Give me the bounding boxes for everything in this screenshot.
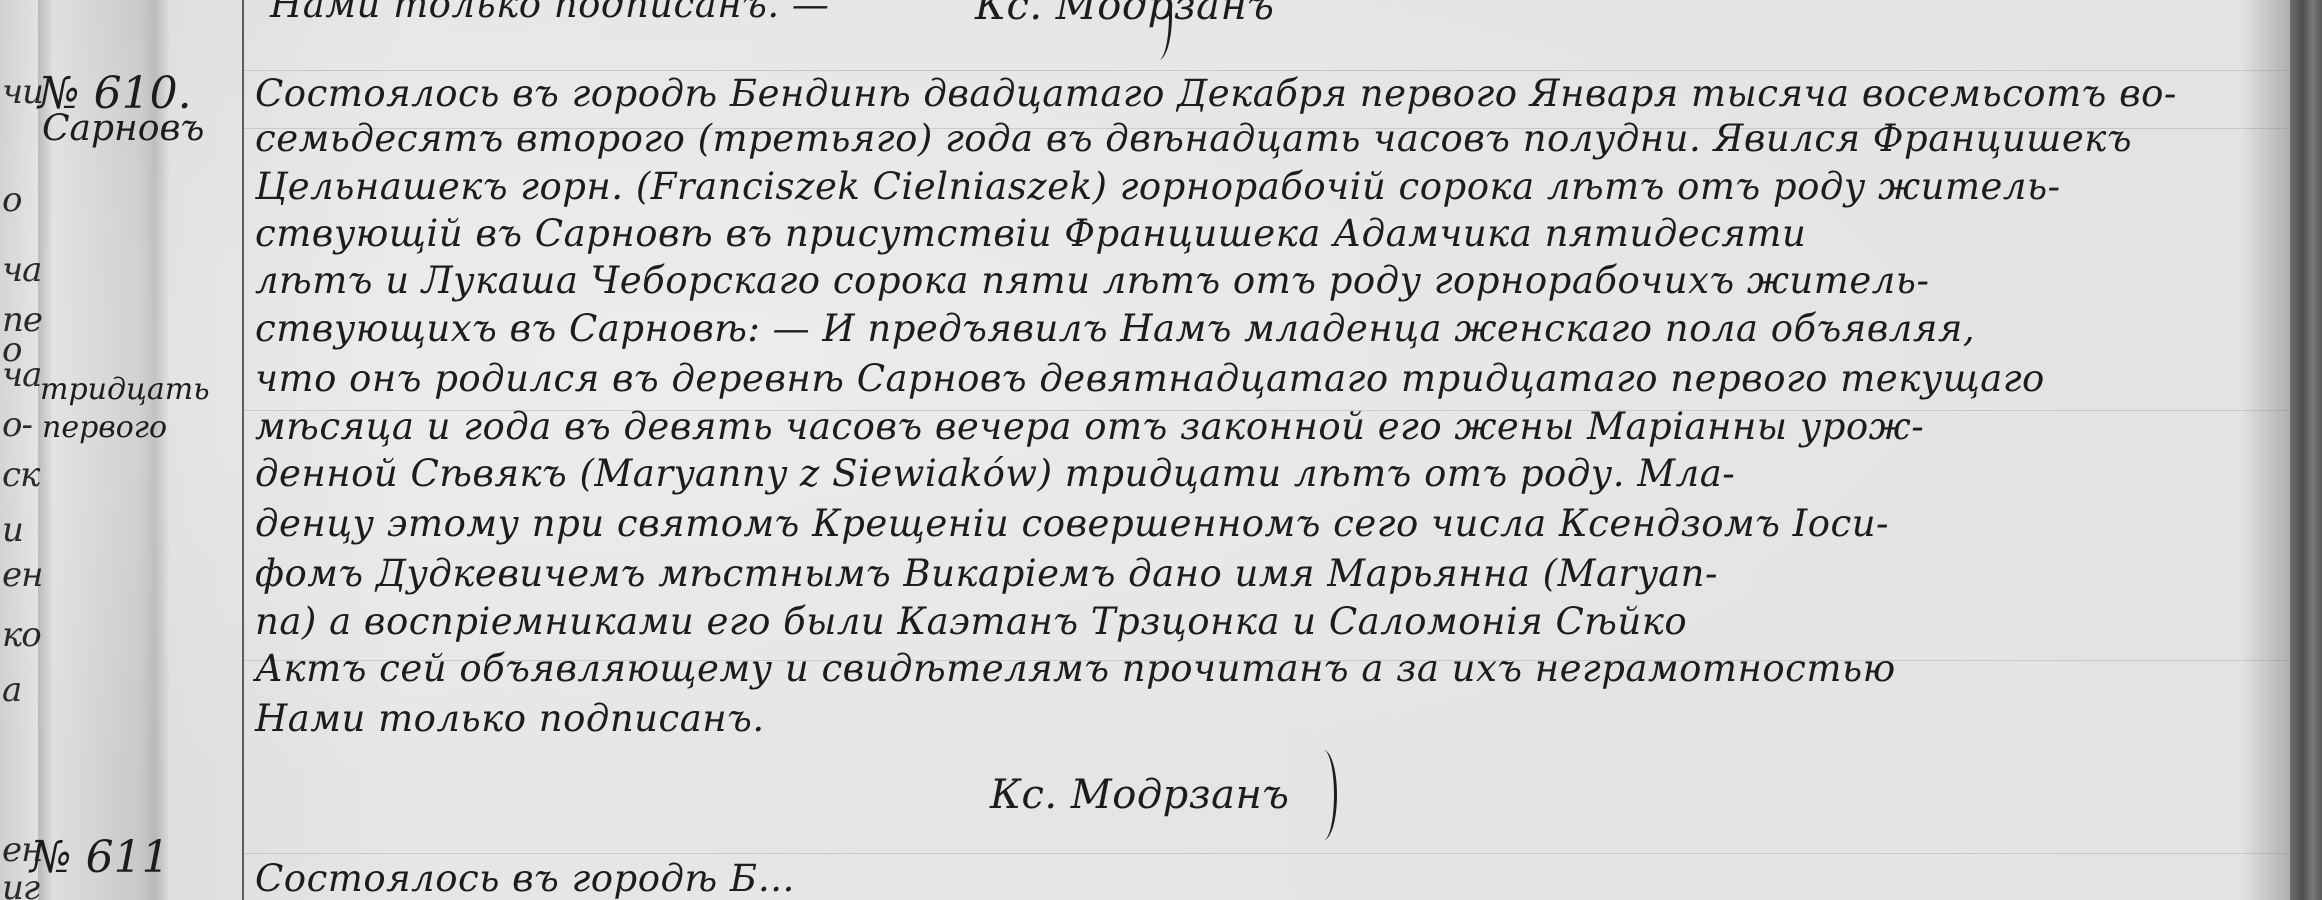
prev-page-fragment: ск xyxy=(2,455,42,495)
prev-page-fragment: о xyxy=(2,180,42,220)
entry-body-line: денной Сѣвякъ (Maryanny z Siewiaków) три… xyxy=(255,455,1735,492)
entry-body-line: фомъ Дудкевичемъ мѣстнымъ Викаріемъ дано… xyxy=(255,555,1718,592)
ruling-line xyxy=(244,70,2290,71)
ruling-line xyxy=(244,853,2290,854)
entry-body-line: ствующій въ Сарновѣ въ присутствіи Франц… xyxy=(255,215,1806,252)
entry-body-line: семьдесятъ второго (третьяго) года въ дв… xyxy=(255,120,2132,157)
prev-page-fragment: ко xyxy=(2,615,42,655)
prev-page-fragment: ча xyxy=(2,355,42,395)
previous-entry-tail-line: Нами только подписанъ. — xyxy=(270,0,829,23)
entry-body-line: ствующихъ въ Сарновѣ: — И предъявилъ Нам… xyxy=(255,310,1975,347)
margin-column-rule xyxy=(242,0,244,900)
entry-body-line: мѣсяца и года въ девять часовъ вечера от… xyxy=(255,408,1924,445)
entry-signature: Кс. Модрзанъ xyxy=(990,775,1289,815)
entry-place-label: Сарновъ xyxy=(42,108,204,149)
entry-body-line: Нами только подписанъ. xyxy=(255,700,765,737)
entry-number-611: № 611 xyxy=(30,832,170,883)
entry-body-line: na) а воспріемниками его были Каэтанъ Тр… xyxy=(255,603,1687,640)
entry-body-line: Состоялось въ городѣ Бендинѣ двадцатаго … xyxy=(255,75,2177,112)
prev-page-fragment: ча xyxy=(2,250,42,290)
entry-body-line: что онъ родился въ деревнѣ Сарновъ девят… xyxy=(255,360,2045,397)
prev-page-fragment: и xyxy=(2,510,42,550)
ledger-page: чи о ча пе о ча о- ск и ен ко а ен иг На… xyxy=(0,0,2322,900)
signature-flourish-icon xyxy=(1145,0,1172,60)
entry-body-line: лѣтъ и Лукаша Чеборскаго сорока пяти лѣт… xyxy=(255,262,1929,299)
margin-annotation-line: тридцать xyxy=(40,372,210,407)
prev-page-fragment: чи xyxy=(2,72,42,112)
entry-body-line: Цельнашекъ горн. (Franciszek Cielniaszek… xyxy=(255,168,2061,205)
margin-annotation-line: первого xyxy=(42,410,167,445)
prev-page-fragment: о- xyxy=(2,405,42,445)
page-right-edge xyxy=(2290,0,2322,900)
prev-page-fragment: а xyxy=(2,670,42,710)
entry-body-line: Актъ сей объявляющему и свидѣтелямъ проч… xyxy=(255,650,1896,687)
previous-entry-signature: Кс. Модрзанъ xyxy=(975,0,1274,26)
signature-flourish-icon xyxy=(1310,750,1337,840)
prev-page-fragment: ен xyxy=(2,555,42,595)
entry-body-line: Состоялось въ городѣ Б… xyxy=(255,860,795,897)
entry-body-line: денцу этому при святомъ Крещеніи соверше… xyxy=(255,505,1889,542)
